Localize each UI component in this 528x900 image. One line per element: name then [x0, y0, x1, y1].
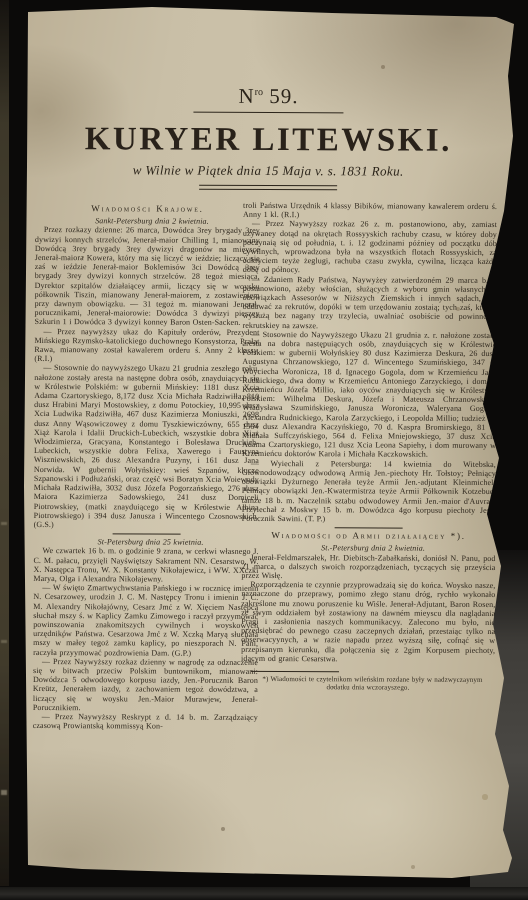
- paragraph: — Przez Naywyższy rozkaz 26 z. m. postan…: [243, 219, 497, 275]
- footnote: *) Wiadomości te czytelnikom wileńskim r…: [241, 675, 495, 693]
- paragraph: — W święto Zmartwychwstania Pańskiego i …: [33, 583, 258, 658]
- section-heading-army-news: Wiadomości od Armii działaiącey *).: [242, 531, 496, 541]
- paragraph: troli Państwa Urzędnik 4 klassy Bibików,…: [243, 201, 497, 221]
- paragraph: — Przez naywyższy ukaz do Kapituły order…: [34, 327, 259, 365]
- scanner-bottom-band: [0, 887, 528, 900]
- paragraph: — Zdaniem Rady Państwa, Naywyżey zatwier…: [242, 275, 496, 331]
- paragraph: — Przez Naywyższy rozkaz dzienny w nagro…: [33, 657, 258, 713]
- issue-prefix: N: [238, 84, 254, 108]
- issue-value: 59.: [263, 84, 299, 108]
- neighbor-page-edge: [0, 0, 9, 886]
- left-column-section-2: We czwartek 16 b. m. o godzinie 9 zrana,…: [33, 546, 259, 731]
- paragraph: — Stosownie do Naywyższego Ukazu 21 grud…: [242, 330, 497, 460]
- article-columns: Wiadomości Krajowe. Sankt-Petersburg dni…: [23, 197, 517, 199]
- right-column: troli Państwa Urzędnik 4 klassy Bibików,…: [241, 201, 497, 693]
- section-heading-domestic-news: Wiadomości Krajowe.: [35, 204, 260, 214]
- masthead-dateline: w Wilnie w Piątek dnia 15 Maja v. s. 183…: [23, 162, 513, 180]
- section-divider: [112, 533, 180, 534]
- left-column-section-1: Przez rozkazy dzienne: 26 marca, Dowódca…: [34, 225, 260, 530]
- footnote-rule: [251, 671, 339, 672]
- section-divider: [335, 527, 403, 528]
- left-column: Wiadomości Krajowe. Sankt-Petersburg dni…: [33, 204, 260, 731]
- paragraph: Rozporządzenia te czynnie przyprowadzaią…: [241, 580, 495, 664]
- paragraph: — Stosownie do naywyższego Ukazu 21 grud…: [34, 363, 260, 530]
- issue-superscript: ro: [255, 87, 263, 98]
- issue-number: Nro 59.: [23, 83, 513, 110]
- paragraph: Jenerał-Feldmarszałek, Hr. Diebitsch-Zab…: [241, 552, 495, 581]
- right-column-section-2: Jenerał-Feldmarszałek, Hr. Diebitsch-Zab…: [241, 552, 495, 664]
- newspaper-page: Nro 59. KURYER LITEWSKI. w Wilnie w Piąt…: [22, 6, 516, 882]
- paragraph: — Przez Naywyższy Reskrypt z d. 14 b. m.…: [33, 712, 258, 731]
- masthead-rule: [193, 112, 343, 114]
- printed-content: Nro 59. KURYER LITEWSKI. w Wilnie w Piąt…: [20, 5, 518, 883]
- masthead-double-rule: [199, 185, 337, 191]
- newspaper-title: KURYER LITEWSKI.: [23, 121, 513, 159]
- masthead: Nro 59. KURYER LITEWSKI. w Wilnie w Piąt…: [23, 83, 517, 191]
- paragraph: We czwartek 16 b. m. o godzinie 9 zrana,…: [33, 546, 258, 584]
- paragraph: Przez rozkazy dzienne: 26 marca, Dowódca…: [35, 225, 260, 327]
- paragraph: — Wyiechali z Petersburga: 14 kwietnia d…: [242, 459, 496, 525]
- right-column-section-1: troli Państwa Urzędnik 4 klassy Bibików,…: [242, 201, 497, 524]
